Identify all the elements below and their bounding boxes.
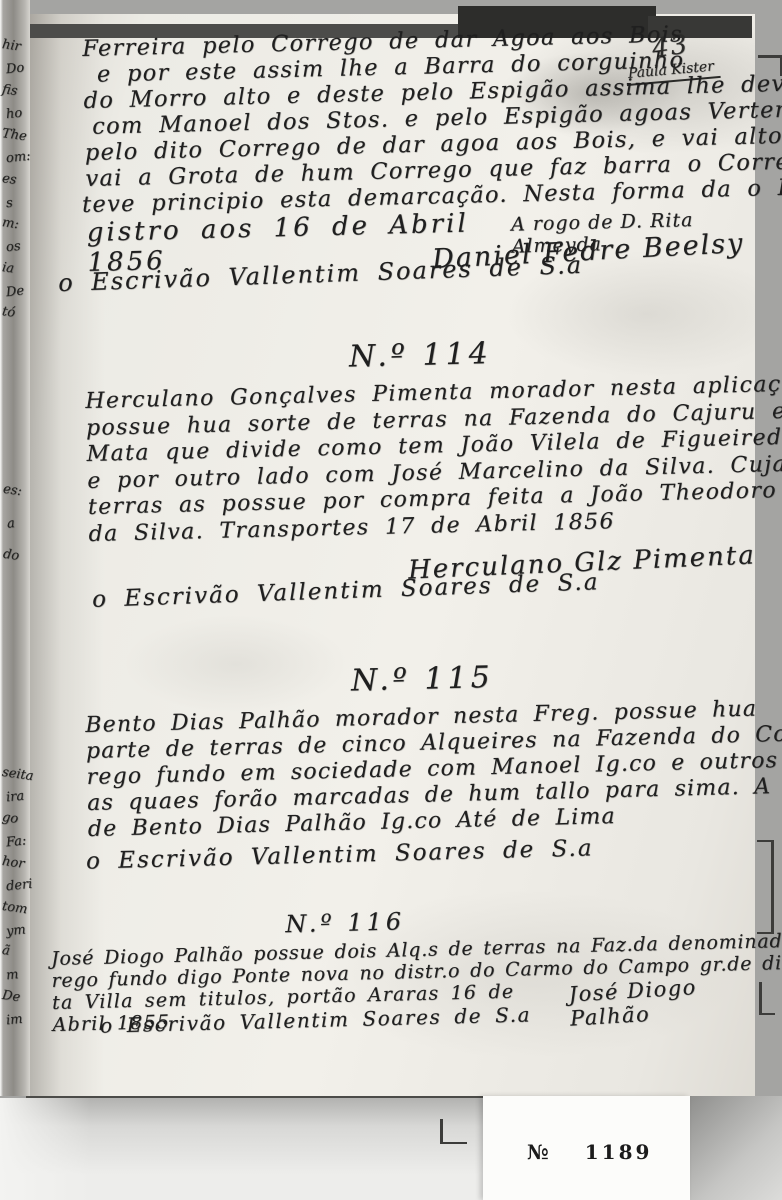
scanner-background-bottom-right — [690, 1096, 782, 1200]
handwritten-line: ho — [5, 106, 31, 121]
margin-text-fragments-bottom: seitairagoFa:horderitomymãmDeim — [2, 768, 34, 1026]
handwritten-line: os — [5, 239, 31, 254]
handwritten-line: deri — [5, 878, 34, 894]
handwritten-line: om: — [5, 150, 31, 165]
handwritten-line: hir — [1, 38, 31, 55]
handwritten-line: Fa: — [5, 833, 34, 849]
handwritten-line: ira — [5, 789, 34, 805]
handwritten-line: a — [6, 516, 22, 530]
handwritten-line: im — [5, 1012, 34, 1028]
handwritten-line: go — [1, 810, 34, 827]
handwritten-line: ia — [1, 261, 31, 278]
archive-number: № 1189 — [483, 1140, 690, 1164]
handwritten-line: The — [1, 127, 31, 144]
registration-mark-top-right — [758, 55, 782, 76]
handwritten-line: es — [1, 172, 31, 189]
handwritten-line: tom — [1, 899, 34, 916]
record-114-lines: Herculano Gonçalves Pimenta morador nest… — [85, 373, 761, 548]
handwritten-line: m — [5, 967, 34, 983]
handwritten-line: hor — [1, 855, 34, 872]
archive-number-value: 1189 — [585, 1140, 653, 1164]
handwritten-line: s — [5, 195, 31, 210]
scanner-background-bottom-left — [0, 1098, 90, 1200]
scanned-register-page: hirDofishoTheom:essm:osiaDetó es:ado sei… — [0, 0, 782, 1200]
archive-number-prefix: № — [527, 1140, 549, 1164]
handwritten-line: ã — [1, 944, 34, 961]
record-116-signature: José Diogo Palhão — [568, 971, 760, 1030]
record-115-lines: Bento Dias Palhão morador nesta Freg. po… — [85, 696, 764, 842]
record-continuation-lines: Ferreira pelo Corrego de dar Agoa aos Bo… — [82, 19, 762, 217]
margin-text-fragments-middle: es:ado — [3, 484, 22, 562]
record-115: N.º 115 Bento Dias Palhão morador nesta … — [84, 653, 764, 842]
handwritten-line: fis — [1, 83, 31, 100]
handwritten-line: do — [2, 548, 22, 563]
handwritten-line: es: — [2, 483, 22, 498]
registration-mark-bottom-left — [440, 1119, 467, 1144]
archive-number-card: № 1189 — [483, 1096, 690, 1200]
handwritten-line: m: — [1, 216, 31, 233]
handwritten-line: seita — [1, 766, 34, 783]
handwritten-line: tó — [1, 305, 31, 322]
handwritten-line: Do — [5, 61, 31, 76]
handwritten-line: De — [1, 989, 34, 1006]
registration-mark-right-bracket — [757, 840, 774, 934]
handwritten-line: ym — [5, 922, 34, 938]
margin-text-fragments-top: hirDofishoTheom:essm:osiaDetó — [2, 40, 31, 320]
record-114: N.º 114 Herculano Gonçalves Pimenta mora… — [84, 330, 761, 548]
registration-mark-right-corner — [759, 982, 775, 1015]
handwritten-line: De — [5, 284, 31, 299]
